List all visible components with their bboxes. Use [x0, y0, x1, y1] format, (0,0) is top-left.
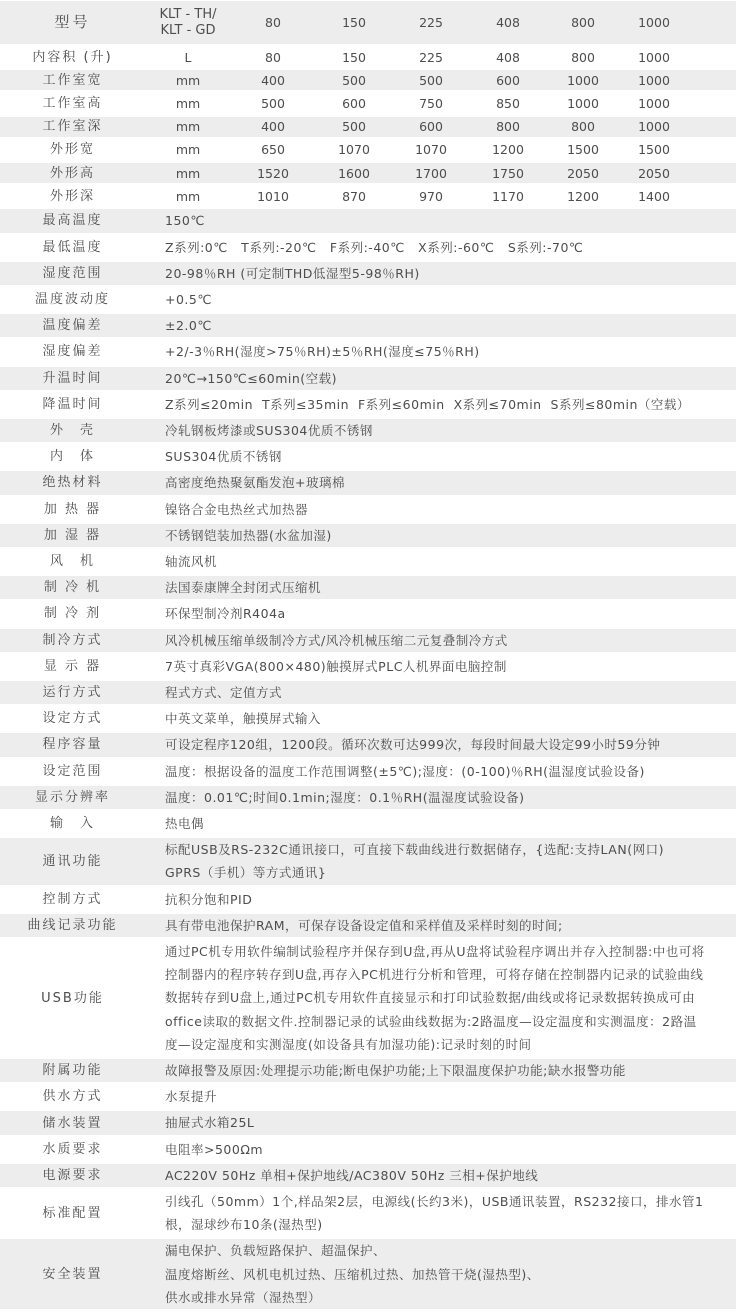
row-value: 中英文菜单，触摸屏式输入	[145, 707, 736, 730]
row-unit: mm	[145, 119, 231, 134]
row-value: 法国泰康牌全封闭式压缩机	[145, 576, 736, 599]
spec-row: 湿度偏差 +2/-3％RH(湿度>75％RH)±5％RH(湿度≤75％RH)	[0, 340, 736, 366]
size-column-header: 800	[547, 15, 619, 30]
row-value: 600	[469, 73, 547, 88]
spec-row: 风 机 轴流风机	[0, 550, 736, 576]
spec-row: USB功能 通过PC机专用软件编制试验程序并保存到U盘,再从U盘将试验程序调出并…	[0, 940, 736, 1059]
row-label: 标准配置	[0, 1206, 145, 1221]
row-value: 800	[547, 50, 619, 65]
row-value: 20-98％RH (可定制THD低湿型5-98％RH)	[145, 262, 736, 285]
row-value: 850	[469, 96, 547, 111]
row-value: 1520	[231, 166, 315, 181]
spec-row: 输 入 热电偶	[0, 812, 736, 838]
row-unit: mm	[145, 96, 231, 111]
row-value: 温度：根据设备的温度工作范围调整(±5℃);湿度：(0-100)％RH(温湿度试…	[145, 760, 736, 783]
row-value: 1070	[315, 142, 393, 157]
spec-row: 水质要求 电阻率>500Ωm	[0, 1138, 736, 1164]
row-value: 800	[547, 119, 619, 134]
row-label: 内容积 (升)	[0, 50, 145, 65]
row-value: 500	[315, 119, 393, 134]
row-value: 600	[393, 119, 469, 134]
row-label: 运行方式	[0, 685, 145, 700]
row-value: 温度：0.01℃;时间0.1min;湿度：0.1％RH(温湿度试验设备)	[145, 786, 736, 809]
row-label: 外形高	[0, 166, 145, 181]
row-label: 外 壳	[0, 423, 145, 438]
row-value: 1700	[393, 166, 469, 181]
model-series-name: KLT - TH/ KLT - GD	[145, 7, 231, 39]
row-value: +2/-3％RH(湿度>75％RH)±5％RH(湿度≤75％RH)	[145, 340, 736, 363]
row-label: 湿度范围	[0, 266, 145, 281]
row-label: 最高温度	[0, 213, 145, 228]
row-label: 温度偏差	[0, 318, 145, 333]
row-label: 设定方式	[0, 711, 145, 726]
spec-row: 显示分辨率 温度：0.01℃;时间0.1min;湿度：0.1％RH(温湿度试验设…	[0, 786, 736, 812]
row-value: 80	[231, 50, 315, 65]
row-label: 风 机	[0, 554, 145, 569]
row-value: 漏电保护、负载短路保护、超温保护、 温度熔断丝、风机电机过热、压缩机过热、加热管…	[145, 1239, 736, 1309]
row-unit: mm	[145, 166, 231, 181]
row-label: 显 示 器	[0, 659, 145, 674]
row-value: 225	[393, 50, 469, 65]
row-label: 供水方式	[0, 1089, 145, 1104]
row-label: 电源要求	[0, 1168, 145, 1183]
row-value: 1170	[469, 189, 547, 204]
row-label: 曲线记录功能	[0, 918, 145, 933]
row-label: 设定范围	[0, 764, 145, 779]
row-label: 程序容量	[0, 737, 145, 752]
row-label: 外形宽	[0, 142, 145, 157]
row-value: 870	[315, 189, 393, 204]
matrix-row: 外形高 mm 1520 1600 1700 1750 2050 2050	[0, 163, 736, 186]
row-value: 500	[393, 73, 469, 88]
row-value: Z系列:0℃ T系列:-20℃ F系列:-40℃ X系列:-60℃ S系列:-7…	[145, 236, 736, 259]
row-label: 通讯功能	[0, 854, 145, 869]
row-value: 1000	[619, 96, 689, 111]
size-column-header: 225	[393, 15, 469, 30]
row-value: 7英寸真彩VGA(800×480)触摸屏式PLC人机界面电脑控制	[145, 655, 736, 678]
row-value: SUS304优质不锈钢	[145, 445, 736, 468]
spec-row: 湿度范围 20-98％RH (可定制THD低湿型5-98％RH)	[0, 262, 736, 288]
matrix-row: 工作室宽 mm 400 500 500 600 1000 1000	[0, 70, 736, 93]
row-label: 最低温度	[0, 240, 145, 255]
row-value: 镍铬合金电热丝式加热器	[145, 498, 736, 521]
row-label: 显示分辨率	[0, 790, 145, 805]
row-value: 抗积分饱和PID	[145, 888, 736, 911]
row-value: 1400	[619, 189, 689, 204]
row-value: 1200	[469, 142, 547, 157]
row-value: Z系列≤20min T系列≤35min F系列≤60min X系列≤70min …	[145, 393, 736, 416]
spec-table: 型号 KLT - TH/ KLT - GD 80 150 225 408 800…	[0, 1, 736, 1312]
spec-row: 温度偏差 ±2.0℃	[0, 314, 736, 340]
row-value: 400	[231, 119, 315, 134]
row-value: 500	[315, 73, 393, 88]
row-value: 程式方式、定值方式	[145, 681, 736, 704]
spec-row: 最高温度 150℃	[0, 209, 736, 235]
row-value: +0.5℃	[145, 288, 736, 311]
row-label: 安全装置	[0, 1267, 145, 1282]
size-column-header: 150	[315, 15, 393, 30]
row-value: 600	[315, 96, 393, 111]
row-value: 水泵提升	[145, 1085, 736, 1108]
row-label: 湿度偏差	[0, 344, 145, 359]
row-label: 温度波动度	[0, 292, 145, 307]
row-label: 附属功能	[0, 1063, 145, 1078]
size-column-header: 408	[469, 15, 547, 30]
spec-row: 制冷方式 风冷机械压缩单级制冷方式/风冷机械压缩二元复叠制冷方式	[0, 629, 736, 655]
spec-row: 降温时间 Z系列≤20min T系列≤35min F系列≤60min X系列≤7…	[0, 393, 736, 419]
row-value: 抽屉式水箱25L	[145, 1111, 736, 1134]
row-label: 工作室高	[0, 96, 145, 111]
row-label: USB功能	[0, 991, 145, 1006]
spec-row: 显 示 器 7英寸真彩VGA(800×480)触摸屏式PLC人机界面电脑控制	[0, 655, 736, 681]
row-value: 引线孔（50mm）1个,样品架2层，电源线(长约3米)，USB通讯装置，RS23…	[145, 1190, 736, 1236]
row-value: 1200	[547, 189, 619, 204]
row-label: 工作室深	[0, 119, 145, 134]
row-value: 1010	[231, 189, 315, 204]
matrix-row: 外形深 mm 1010 870 970 1170 1200 1400	[0, 186, 736, 209]
row-value: 可设定程序120组，1200段。循环次数可达999次，每段时间最大设定99小时5…	[145, 733, 736, 756]
row-value: 1000	[619, 119, 689, 134]
model-header-label: 型号	[0, 15, 145, 30]
row-label: 绝热材料	[0, 475, 145, 490]
row-value: 1600	[315, 166, 393, 181]
row-value: 1500	[547, 142, 619, 157]
row-value: 1500	[619, 142, 689, 157]
matrix-row: 工作室高 mm 500 600 750 850 1000 1000	[0, 93, 736, 116]
row-value: 高密度绝热聚氨酯发泡+玻璃棉	[145, 471, 736, 494]
spec-row: 绝热材料 高密度绝热聚氨酯发泡+玻璃棉	[0, 471, 736, 497]
row-value: 轴流风机	[145, 550, 736, 573]
size-column-header: 80	[231, 15, 315, 30]
row-value: 150	[315, 50, 393, 65]
row-label: 水质要求	[0, 1142, 145, 1157]
spec-row: 安全装置 漏电保护、负载短路保护、超温保护、 温度熔断丝、风机电机过热、压缩机过…	[0, 1239, 736, 1312]
row-value: 故障报警及原因:处理提示功能;断电保护功能;上下限温度保护功能;缺水报警功能	[145, 1059, 736, 1082]
row-label: 加 湿 器	[0, 528, 145, 543]
spec-row: 通讯功能 标配USB及RS-232C通讯接口，可直接下载曲线进行数据储存，{选配…	[0, 838, 736, 887]
model-series-line1: KLT - TH/	[145, 7, 231, 23]
row-value: 具有带电池保护RAM，可保存设备设定值和采样值及采样时刻的时间;	[145, 914, 736, 937]
row-unit: mm	[145, 73, 231, 88]
row-value: 不锈钢铠装加热器(水盆加湿)	[145, 524, 736, 547]
row-label: 控制方式	[0, 892, 145, 907]
row-unit: mm	[145, 189, 231, 204]
row-label: 制 冷 机	[0, 580, 145, 595]
matrix-row: 外形宽 mm 650 1070 1070 1200 1500 1500	[0, 140, 736, 163]
row-label: 制 冷 剂	[0, 606, 145, 621]
row-value: 408	[469, 50, 547, 65]
spec-row: 加 湿 器 不锈钢铠装加热器(水盆加湿)	[0, 524, 736, 550]
spec-row: 设定范围 温度：根据设备的温度工作范围调整(±5℃);湿度：(0-100)％RH…	[0, 760, 736, 786]
row-value: 2050	[547, 166, 619, 181]
row-unit: L	[145, 50, 231, 65]
row-value: 800	[469, 119, 547, 134]
row-value: 通过PC机专用软件编制试验程序并保存到U盘,再从U盘将试验程序调出并存入控制器:…	[145, 940, 736, 1056]
row-label: 制冷方式	[0, 633, 145, 648]
matrix-row: 工作室深 mm 400 500 600 800 800 1000	[0, 117, 736, 140]
model-series-line2: KLT - GD	[145, 23, 231, 39]
row-unit: mm	[145, 142, 231, 157]
row-value: 970	[393, 189, 469, 204]
row-label: 内 体	[0, 449, 145, 464]
spec-row: 储水装置 抽屉式水箱25L	[0, 1111, 736, 1137]
spec-row: 电源要求 AC220V 50Hz 单相+保护地线/AC380V 50Hz 三相+…	[0, 1164, 736, 1190]
spec-row: 制 冷 剂 环保型制冷剂R404a	[0, 602, 736, 628]
spec-row: 加 热 器 镍铬合金电热丝式加热器	[0, 498, 736, 524]
spec-row: 升温时间 20℃→150℃≤60min(空载)	[0, 367, 736, 393]
row-value: 环保型制冷剂R404a	[145, 602, 736, 625]
spec-row: 外 壳 冷轧钢板烤漆或SUS304优质不锈钢	[0, 419, 736, 445]
spec-row: 运行方式 程式方式、定值方式	[0, 681, 736, 707]
row-label: 工作室宽	[0, 73, 145, 88]
spec-row: 程序容量 可设定程序120组，1200段。循环次数可达999次，每段时间最大设定…	[0, 733, 736, 759]
row-label: 降温时间	[0, 397, 145, 412]
row-value: 1000	[619, 73, 689, 88]
row-label: 外形深	[0, 189, 145, 204]
row-value: 1750	[469, 166, 547, 181]
row-value: 2050	[619, 166, 689, 181]
row-value: 20℃→150℃≤60min(空载)	[145, 367, 736, 390]
row-label: 升温时间	[0, 371, 145, 386]
table-header-row: 型号 KLT - TH/ KLT - GD 80 150 225 408 800…	[0, 1, 736, 47]
row-value: 标配USB及RS-232C通讯接口，可直接下载曲线进行数据储存，{选配:支持LA…	[145, 838, 736, 884]
row-value: 750	[393, 96, 469, 111]
spec-row: 附属功能 故障报警及原因:处理提示功能;断电保护功能;上下限温度保护功能;缺水报…	[0, 1059, 736, 1085]
spec-row: 标准配置 引线孔（50mm）1个,样品架2层，电源线(长约3米)，USB通讯装置…	[0, 1190, 736, 1239]
row-label: 加 热 器	[0, 502, 145, 517]
row-label: 储水装置	[0, 1116, 145, 1131]
row-value: 1000	[619, 50, 689, 65]
row-value: 1070	[393, 142, 469, 157]
spec-row: 控制方式 抗积分饱和PID	[0, 888, 736, 914]
size-column-header: 1000	[619, 15, 689, 30]
spec-row: 最低温度 Z系列:0℃ T系列:-20℃ F系列:-40℃ X系列:-60℃ S…	[0, 236, 736, 262]
row-value: 电阻率>500Ωm	[145, 1138, 736, 1161]
spec-row: 制 冷 机 法国泰康牌全封闭式压缩机	[0, 576, 736, 602]
spec-row: 温度波动度 +0.5℃	[0, 288, 736, 314]
row-label: 输 入	[0, 816, 145, 831]
row-value: 1000	[547, 96, 619, 111]
row-value: 150℃	[145, 209, 736, 232]
matrix-row: 内容积 (升) L 80 150 225 408 800 1000	[0, 47, 736, 70]
spec-row: 供水方式 水泵提升	[0, 1085, 736, 1111]
row-value: 风冷机械压缩单级制冷方式/风冷机械压缩二元复叠制冷方式	[145, 629, 736, 652]
spec-row: 内 体 SUS304优质不锈钢	[0, 445, 736, 471]
row-value: ±2.0℃	[145, 314, 736, 337]
spec-row: 设定方式 中英文菜单，触摸屏式输入	[0, 707, 736, 733]
row-value: 热电偶	[145, 812, 736, 835]
spec-row: 曲线记录功能 具有带电池保护RAM，可保存设备设定值和采样值及采样时刻的时间;	[0, 914, 736, 940]
row-value: 400	[231, 73, 315, 88]
row-value: 1000	[547, 73, 619, 88]
row-value: AC220V 50Hz 单相+保护地线/AC380V 50Hz 三相+保护地线	[145, 1164, 736, 1187]
row-value: 冷轧钢板烤漆或SUS304优质不锈钢	[145, 419, 736, 442]
row-value: 500	[231, 96, 315, 111]
row-value: 650	[231, 142, 315, 157]
